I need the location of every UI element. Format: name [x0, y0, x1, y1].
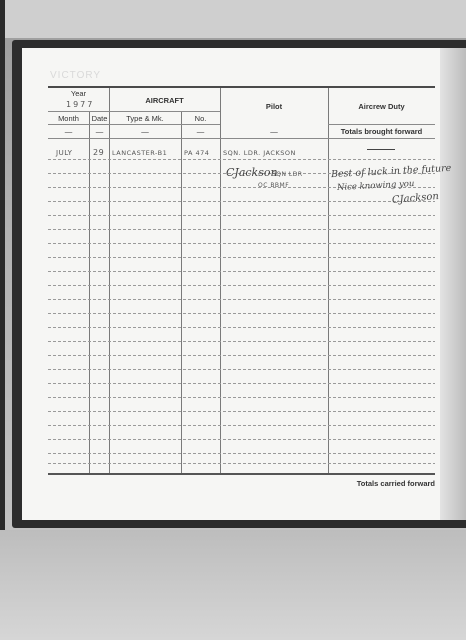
month-label: Month [48, 114, 89, 123]
row-line [48, 439, 435, 440]
row-line [48, 271, 435, 272]
duty-subheader-rule [328, 124, 435, 125]
table-bottom-rule [48, 473, 435, 475]
no-dash: — [181, 127, 220, 136]
year-value: 1977 [66, 100, 94, 109]
entry-aircraft-no: PA 474 [184, 149, 209, 157]
signature-rank: SQN LDR [272, 171, 303, 178]
page-gutter-shadow [440, 48, 466, 520]
col-divider-no [220, 88, 221, 473]
row-line [48, 453, 435, 454]
col-divider-type [181, 112, 182, 473]
entry-duty-dash [367, 149, 395, 150]
row-line [48, 383, 435, 384]
subheader-rule [48, 124, 220, 125]
aircraft-divider [109, 111, 220, 112]
entry-date: 29 [93, 148, 104, 157]
totals-brought-forward: Totals brought forward [328, 127, 435, 136]
date-label: Date [90, 114, 109, 123]
col-divider-pilot [328, 88, 329, 473]
row-line [48, 285, 435, 286]
type-label: Type & Mk. [109, 114, 181, 123]
month-dash: — [48, 127, 89, 136]
row-line [48, 355, 435, 356]
year-label: Year [48, 89, 109, 98]
row-line [48, 257, 435, 258]
row-line [48, 341, 435, 342]
pilot-signature: CJackson [226, 166, 278, 179]
faded-header: VICTORY [50, 70, 101, 81]
row-line [48, 425, 435, 426]
aircraft-label: AIRCRAFT [109, 96, 220, 105]
type-dash: — [109, 127, 181, 136]
row-line [48, 201, 435, 202]
pilot-dash: — [220, 127, 328, 136]
signature-unit: OC BBMF [258, 182, 289, 189]
table-top-rule [48, 86, 435, 88]
brought-forward-rule [48, 138, 435, 139]
year-divider [48, 111, 110, 112]
row-line [48, 229, 435, 230]
row-line [48, 397, 435, 398]
row-line [48, 243, 435, 244]
duty-label: Aircrew Duty [328, 102, 435, 111]
row-line [48, 313, 435, 314]
entry-type: LANCASTER-B1 [112, 149, 167, 157]
background-bottom [0, 530, 466, 640]
col-divider-year [109, 88, 110, 473]
row-line [48, 463, 435, 464]
row-line [48, 299, 435, 300]
row-line [48, 215, 435, 216]
entry-month: JULY [56, 149, 72, 157]
row-line [48, 327, 435, 328]
no-label: No. [181, 114, 220, 123]
entry-pilot: SQN. LDR. JACKSON [223, 149, 296, 157]
row-line [48, 369, 435, 370]
totals-carried-forward: Totals carried forward [330, 479, 435, 488]
pilot-label: Pilot [220, 102, 328, 111]
col-divider-month [89, 112, 90, 473]
date-dash: — [90, 127, 109, 136]
background-top [0, 0, 466, 38]
row-line [48, 411, 435, 412]
row-line [48, 159, 435, 160]
